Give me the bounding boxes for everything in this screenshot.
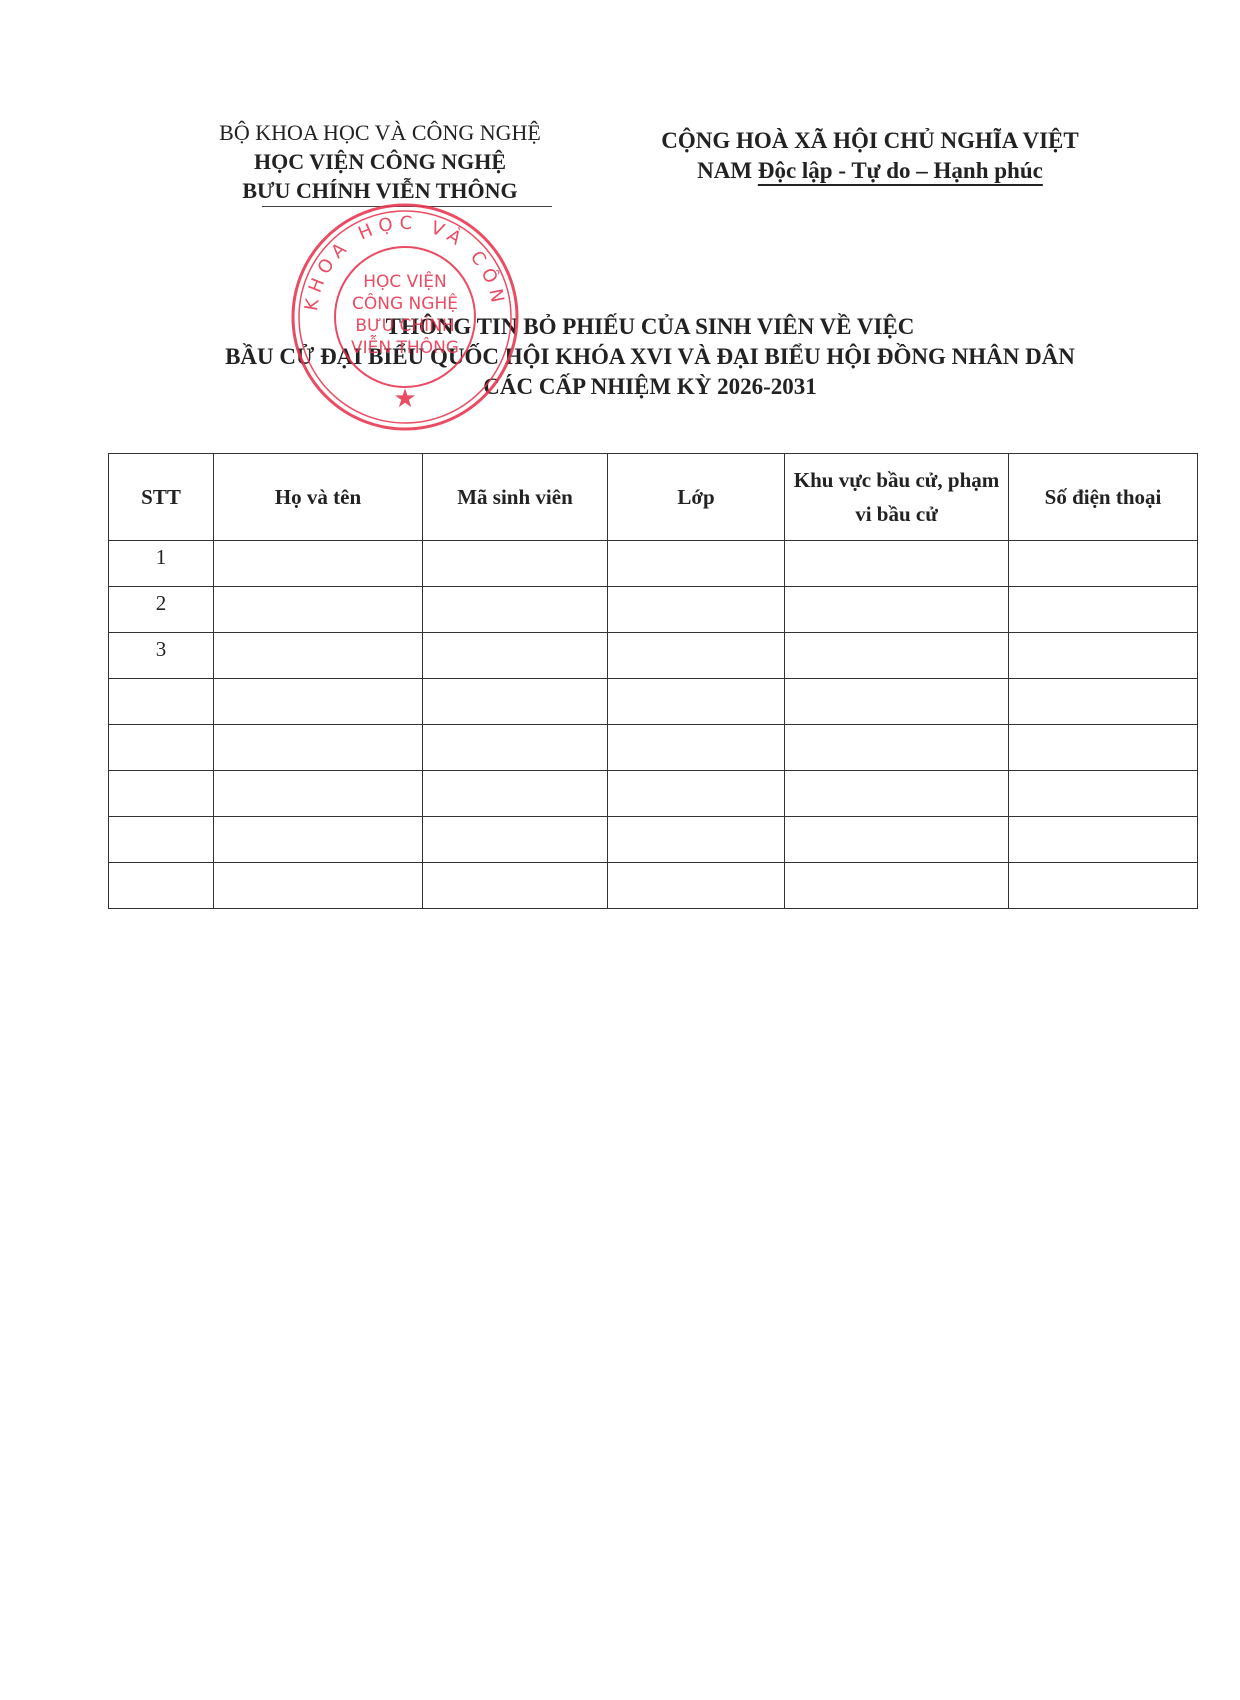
ministry-name: BỘ KHOA HỌC VÀ CÔNG NGHỆ [190,118,570,147]
cell-class[interactable] [608,587,785,633]
cell-electoral-area[interactable] [785,863,1009,909]
cell-class[interactable] [608,679,785,725]
cell-phone[interactable] [1009,633,1198,679]
cell-electoral-area[interactable] [785,817,1009,863]
svg-text:VIỄN THÔNG: VIỄN THÔNG [351,334,459,358]
cell-student-id[interactable] [423,863,608,909]
col-header-phone: Số điện thoại [1009,454,1198,541]
table-row [109,771,1198,817]
cell-full-name[interactable] [214,863,423,909]
cell-student-id[interactable] [423,679,608,725]
cell-student-id[interactable] [423,725,608,771]
cell-stt[interactable] [109,679,214,725]
svg-text:BƯU CHÍNH: BƯU CHÍNH [355,314,454,336]
cell-stt[interactable]: 1 [109,541,214,587]
cell-full-name[interactable] [214,587,423,633]
cell-phone[interactable] [1009,771,1198,817]
cell-electoral-area[interactable] [785,725,1009,771]
svg-text:HỌC VIỆN: HỌC VIỆN [363,270,447,292]
cell-student-id[interactable] [423,587,608,633]
cell-full-name[interactable] [214,725,423,771]
table-row [109,725,1198,771]
motto: Độc lập - Tự do – Hạnh phúc [758,158,1043,183]
cell-electoral-area[interactable] [785,771,1009,817]
col-header-stt: STT [109,454,214,541]
table-row: 2 [109,587,1198,633]
cell-electoral-area[interactable] [785,679,1009,725]
cell-class[interactable] [608,633,785,679]
cell-stt[interactable]: 2 [109,587,214,633]
cell-full-name[interactable] [214,817,423,863]
col-header-electoral-area: Khu vực bầu cử, phạm vi bầu cử [785,454,1009,541]
cell-phone[interactable] [1009,679,1198,725]
cell-full-name[interactable] [214,633,423,679]
cell-class[interactable] [608,817,785,863]
col-header-class: Lớp [608,454,785,541]
cell-student-id[interactable] [423,541,608,587]
cell-phone[interactable] [1009,725,1198,771]
country-name-cont: NAM [697,158,758,183]
cell-electoral-area[interactable] [785,541,1009,587]
cell-class[interactable] [608,863,785,909]
table-row [109,817,1198,863]
official-seal-icon: KHOA HỌC VÀ CÔNG NGHỆ HỌC VIỆN CÔNG NGHỆ… [285,197,525,437]
cell-student-id[interactable] [423,633,608,679]
institute-name-line1: HỌC VIỆN CÔNG NGHỆ [190,147,570,176]
col-header-full-name: Họ và tên [214,454,423,541]
cell-class[interactable] [608,541,785,587]
cell-full-name[interactable] [214,679,423,725]
cell-class[interactable] [608,725,785,771]
country-name: CỘNG HOÀ XÃ HỘI CHỦ NGHĨA VIỆT [610,126,1130,156]
cell-student-id[interactable] [423,817,608,863]
issuing-authority: BỘ KHOA HỌC VÀ CÔNG NGHỆ HỌC VIỆN CÔNG N… [190,118,570,205]
cell-stt[interactable] [109,725,214,771]
cell-phone[interactable] [1009,817,1198,863]
cell-phone[interactable] [1009,863,1198,909]
cell-electoral-area[interactable] [785,633,1009,679]
student-voting-table: STT Họ và tên Mã sinh viên Lớp Khu vực b… [108,453,1198,909]
col-header-student-id: Mã sinh viên [423,454,608,541]
table-row [109,679,1198,725]
cell-student-id[interactable] [423,771,608,817]
cell-phone[interactable] [1009,541,1198,587]
cell-electoral-area[interactable] [785,587,1009,633]
cell-stt[interactable] [109,863,214,909]
svg-text:CÔNG NGHỆ: CÔNG NGHỆ [352,292,458,314]
cell-full-name[interactable] [214,541,423,587]
cell-full-name[interactable] [214,771,423,817]
cell-phone[interactable] [1009,587,1198,633]
table-row: 1 [109,541,1198,587]
table-row [109,863,1198,909]
cell-stt[interactable] [109,817,214,863]
national-motto: CỘNG HOÀ XÃ HỘI CHỦ NGHĨA VIỆT NAM Độc l… [610,126,1130,186]
cell-class[interactable] [608,771,785,817]
table-header-row: STT Họ và tên Mã sinh viên Lớp Khu vực b… [109,454,1198,541]
cell-stt[interactable] [109,771,214,817]
svg-text:★: ★ [393,384,416,413]
cell-stt[interactable]: 3 [109,633,214,679]
table-row: 3 [109,633,1198,679]
